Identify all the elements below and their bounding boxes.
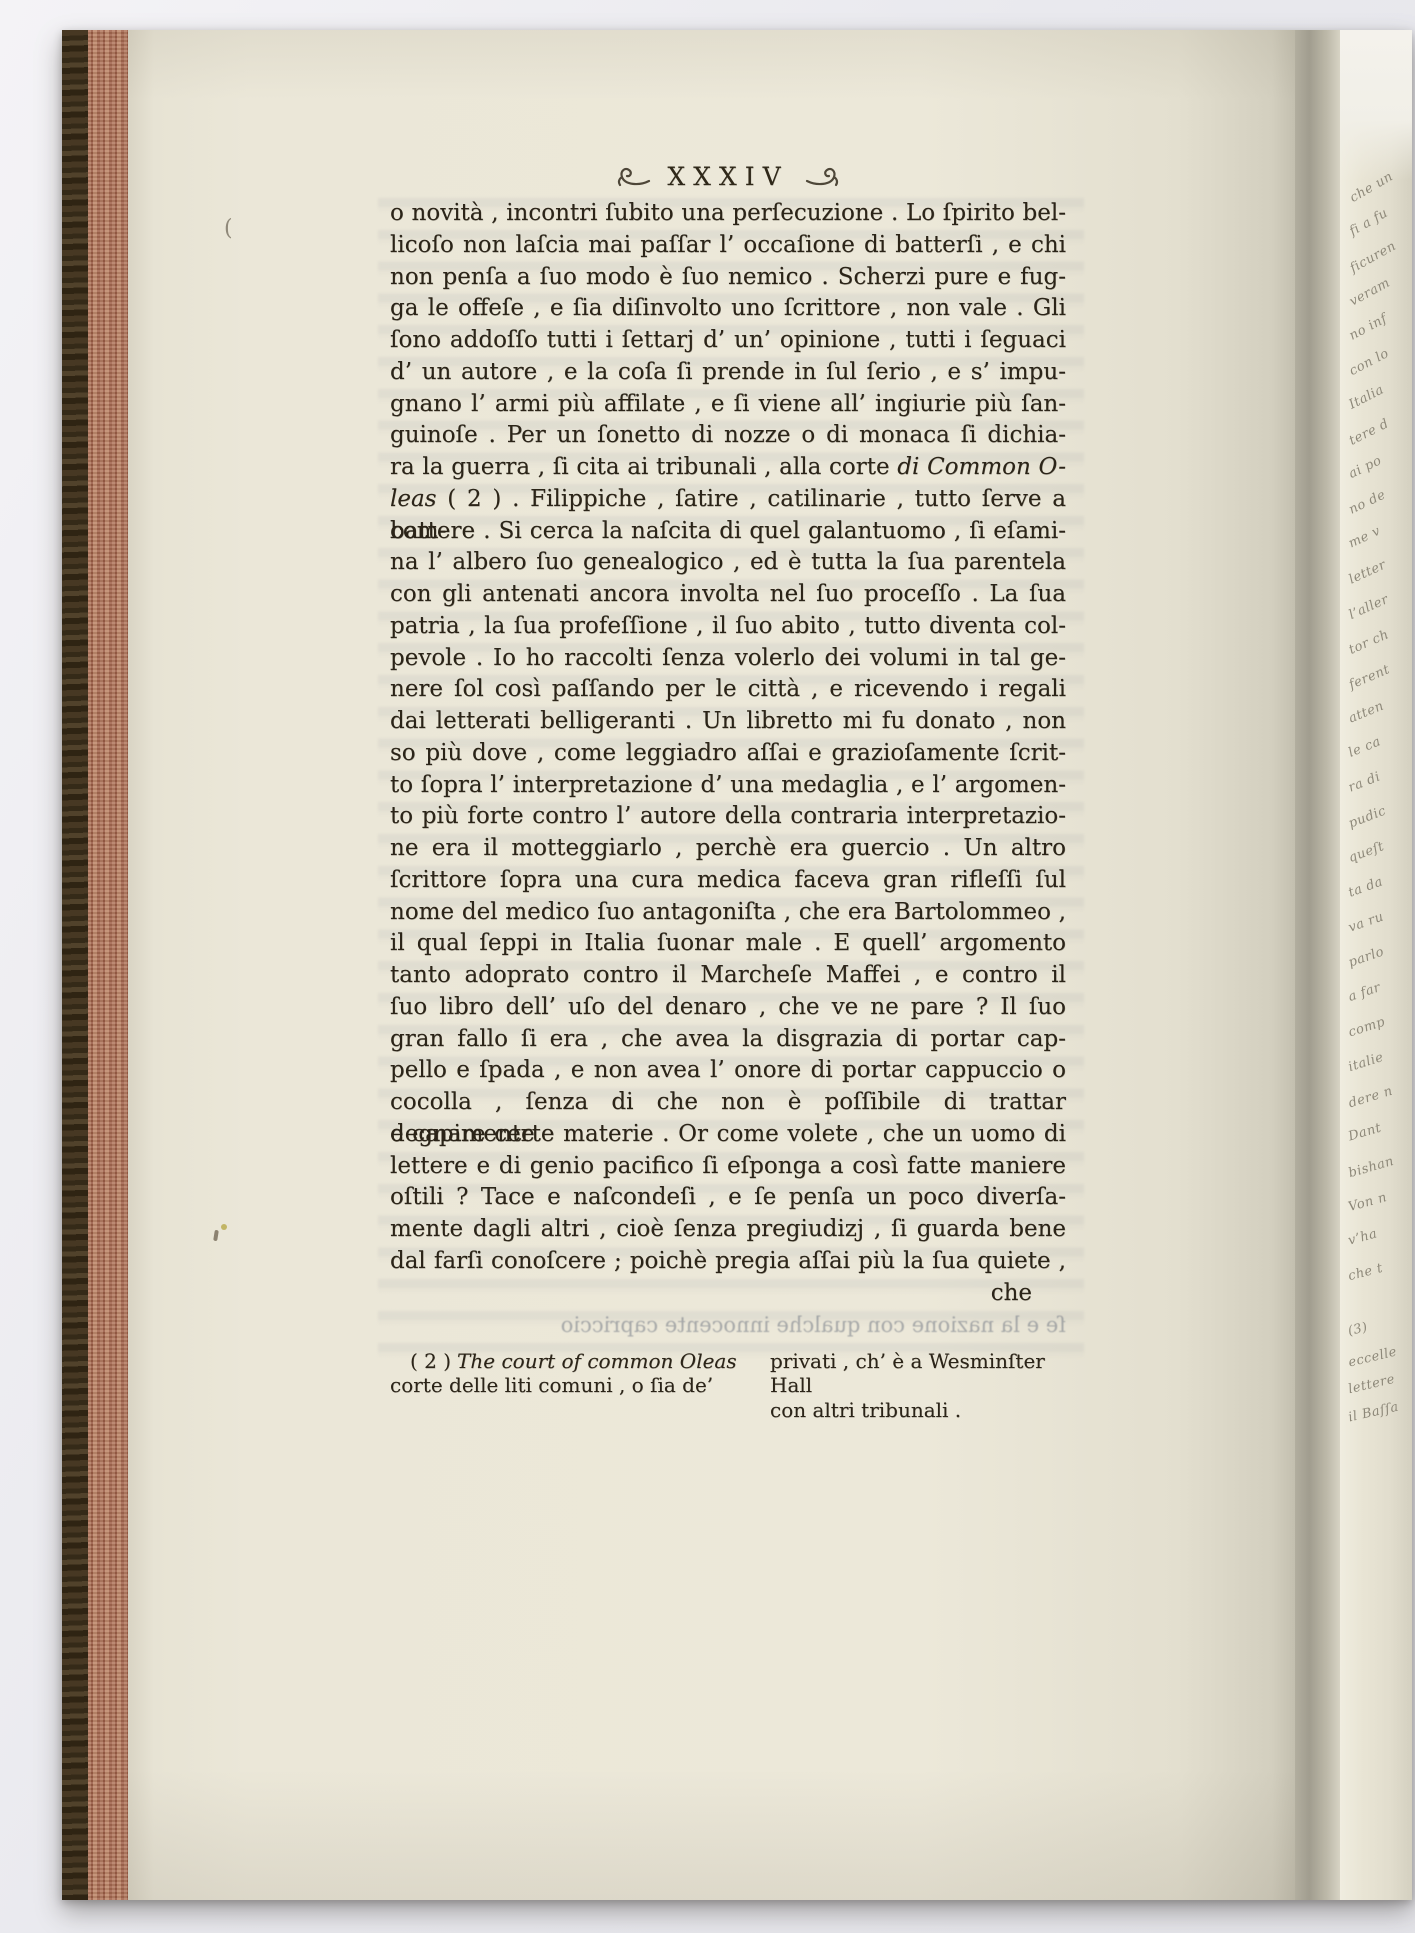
ink-speck xyxy=(213,1230,219,1241)
footnote-left-column: ( 2 )The court of common Oleas corte del… xyxy=(390,1349,748,1423)
body-line: patria , la ſua profeſſione , il ſuo abi… xyxy=(390,611,1066,643)
body-line: tanto adoprato contro il Marcheſe Maffei… xyxy=(390,960,1066,992)
footnote-marker: ( 2 ) xyxy=(410,1349,451,1373)
body-line: guinoſe . Per un ſonetto di nozze o di m… xyxy=(390,420,1066,452)
body-line: ſcrittore ſopra una cura medica faceva g… xyxy=(390,865,1066,897)
footnote-italic-phrase: The court of common Oleas xyxy=(457,1349,737,1373)
fore-edge-text-fragment: (3) xyxy=(1346,1320,1369,1339)
fore-edge-text-fragment: no inf xyxy=(1347,311,1390,343)
body-line: pello e ſpada , e non avea l’ onore di p… xyxy=(390,1055,1066,1087)
body-line: gnano l’ armi più affilate , e ſi viene … xyxy=(390,389,1066,421)
fore-edge-text-fragment: ta da xyxy=(1347,874,1386,900)
body-line: ga le offeſe , e ſia diſinvolto uno ſcri… xyxy=(390,293,1066,325)
text-block: XXXIV o novità , incontri ſubito una per… xyxy=(390,158,1066,1422)
fore-edge-text-fragment: ai po xyxy=(1346,453,1384,482)
gutter-shadow xyxy=(1295,30,1343,1900)
fore-edge-text-fragment: parlo xyxy=(1347,944,1387,970)
fleuron-icon xyxy=(615,165,651,187)
body-line: leas ( 2 ) . Filippiche , ſatire , catil… xyxy=(390,484,1066,516)
fore-edge-text-fragment: v’ha xyxy=(1347,1226,1379,1248)
facing-page-fore-edge: che unfi a fuficurenveramno infcon loIta… xyxy=(1340,30,1412,1900)
stray-ink-mark: ( xyxy=(224,216,233,241)
body-line: lettere e di genio pacifico ſi eſponga a… xyxy=(390,1151,1066,1183)
body-line: gran fallo ſi era , che avea la disgrazi… xyxy=(390,1024,1066,1056)
footnote-right-column: privati , ch’ è a Wesminſter Hall con al… xyxy=(770,1349,1066,1423)
body-line: il qual ſeppi in Italia ſuonar male . E … xyxy=(390,928,1066,960)
book-page: ( XXXIV o novità , incontri ſubito una p… xyxy=(128,30,1295,1900)
fore-edge-text-fragment: me v xyxy=(1346,524,1383,552)
body-line: mente dagli altri , cioè ſenza pregiudiz… xyxy=(390,1214,1066,1246)
fore-edge-text-fragment: che t xyxy=(1347,1261,1385,1284)
body-line: na l’ albero ſuo genealogico , ed è tutt… xyxy=(390,547,1066,579)
body-line: o novità , incontri ſubito una perſecuzi… xyxy=(390,198,1066,230)
scanned-book-photo: { "colors":{ "photo_background":"#e9e9ee… xyxy=(0,0,1415,1933)
fore-edge-text-fragment: Italia xyxy=(1347,382,1387,412)
body-line: ra la guerra , ſi cita ai tribunali , al… xyxy=(390,452,1066,484)
footnote-text: corte delle liti comuni , o ſia de’ xyxy=(390,1373,748,1398)
paper-speck xyxy=(221,1224,227,1230)
fore-edge-text-fragment: comp xyxy=(1347,1015,1388,1041)
fore-edge-text-fragment: pudic xyxy=(1347,804,1389,832)
body-line: to più forte contro l’ autore della cont… xyxy=(390,801,1066,833)
footnote: ( 2 )The court of common Oleas corte del… xyxy=(390,1349,1066,1423)
fore-edge-text-fragment: eccelle xyxy=(1347,1344,1399,1370)
fore-edge-text-fragment: con lo xyxy=(1347,346,1392,379)
fore-edge-text-fragment: atten xyxy=(1347,699,1387,727)
body-line: non penſa a ſuo modo è ſuo nemico . Sche… xyxy=(390,262,1066,294)
fore-edge-text-fragment: tere d xyxy=(1347,416,1392,448)
fore-edge-text-fragment: queſt xyxy=(1347,839,1387,866)
fore-edge-text-fragment: Dant xyxy=(1347,1121,1384,1145)
body-line: battere . Si cerca la naſcita di quel ga… xyxy=(390,516,1066,548)
body-line: oſtili ? Tace e naſcondeſi , e ſe penſa … xyxy=(390,1182,1066,1214)
footnote-text: con altri tribunali . xyxy=(770,1398,1066,1423)
fleuron-icon xyxy=(805,165,841,187)
fore-edge-text-fragment: italie xyxy=(1347,1050,1386,1075)
fore-edge-text-fragment: l’aller xyxy=(1347,592,1391,623)
fore-edge-text-fragment: tor ch xyxy=(1347,627,1392,658)
fore-edge-text-fragment: bishan xyxy=(1347,1154,1396,1181)
body-line: licoſo non laſcia mai paſſar l’ occaſion… xyxy=(390,230,1066,262)
body-line: con gli antenati ancora involta nel ſuo … xyxy=(390,579,1066,611)
body-line: pevole . Io ho raccolti ſenza volerlo de… xyxy=(390,643,1066,675)
body-text: o novità , incontri ſubito una perſecuzi… xyxy=(390,198,1066,1278)
body-line: nere ſol così paſſando per le città , e … xyxy=(390,674,1066,706)
book-spine-edge xyxy=(62,30,88,1900)
fore-edge-text-fragment: ferent xyxy=(1347,662,1392,693)
fore-edge-text-fragment: le ca xyxy=(1346,734,1383,760)
fore-edge-text-fragment: letter xyxy=(1347,558,1389,588)
running-head: XXXIV xyxy=(390,158,1066,194)
fore-edge-text-fragment: no de xyxy=(1347,487,1389,517)
body-line: so più dove , come leggiadro aſſai e gra… xyxy=(390,738,1066,770)
fore-edge-text-fragment: che un xyxy=(1347,169,1395,206)
fore-edge-text-fragment: ficuren xyxy=(1348,239,1399,277)
body-line: e capire certe materie . Or come volete … xyxy=(390,1119,1066,1151)
fore-edge-text-fragment: a far xyxy=(1346,980,1382,1005)
body-line: to ſopra l’ interpretazione d’ una medag… xyxy=(390,770,1066,802)
fore-edge-text-fragment: lettere xyxy=(1347,1372,1397,1397)
fore-edge-text-fragment: va ru xyxy=(1347,909,1386,935)
body-line: dai letterati belligeranti . Un libretto… xyxy=(390,706,1066,738)
bleedthrough-mirrored-line: ſe e la nazione con qualche innocente ca… xyxy=(368,1314,1066,1337)
fore-edge-text-fragment: veram xyxy=(1347,275,1393,309)
catchword: che xyxy=(390,1280,1066,1306)
body-line: d’ un autore , e la coſa ſi prende in ſu… xyxy=(390,357,1066,389)
red-page-edges xyxy=(88,30,128,1900)
body-line: ſuo libro dell’ uſo del denaro , che ve … xyxy=(390,992,1066,1024)
fore-edge-text-fragment: dere n xyxy=(1347,1084,1395,1112)
open-book: ( XXXIV o novità , incontri ſubito una p… xyxy=(62,30,1412,1900)
page-number: XXXIV xyxy=(667,162,788,191)
body-line: nome del medico ſuo antagoniſta , che er… xyxy=(390,897,1066,929)
fore-edge-text-fragment: ra di xyxy=(1346,769,1382,795)
footnote-text: privati , ch’ è a Wesminſter Hall xyxy=(770,1349,1066,1398)
fore-edge-text-fragment: fi a fu xyxy=(1347,206,1391,240)
body-line: ſono addoſſo tutti i ſettarj d’ un’ opin… xyxy=(390,325,1066,357)
fore-edge-text-fragment: il Baſſa xyxy=(1347,1399,1400,1425)
body-line: ne era il motteggiarlo , perchè era guer… xyxy=(390,833,1066,865)
fore-edge-text-fragment: Von n xyxy=(1347,1190,1389,1215)
body-line: cocolla , ſenza di che non è poſſibile d… xyxy=(390,1087,1066,1119)
body-line: dal farſi conoſcere ; poichè pregia aſſa… xyxy=(390,1246,1066,1278)
